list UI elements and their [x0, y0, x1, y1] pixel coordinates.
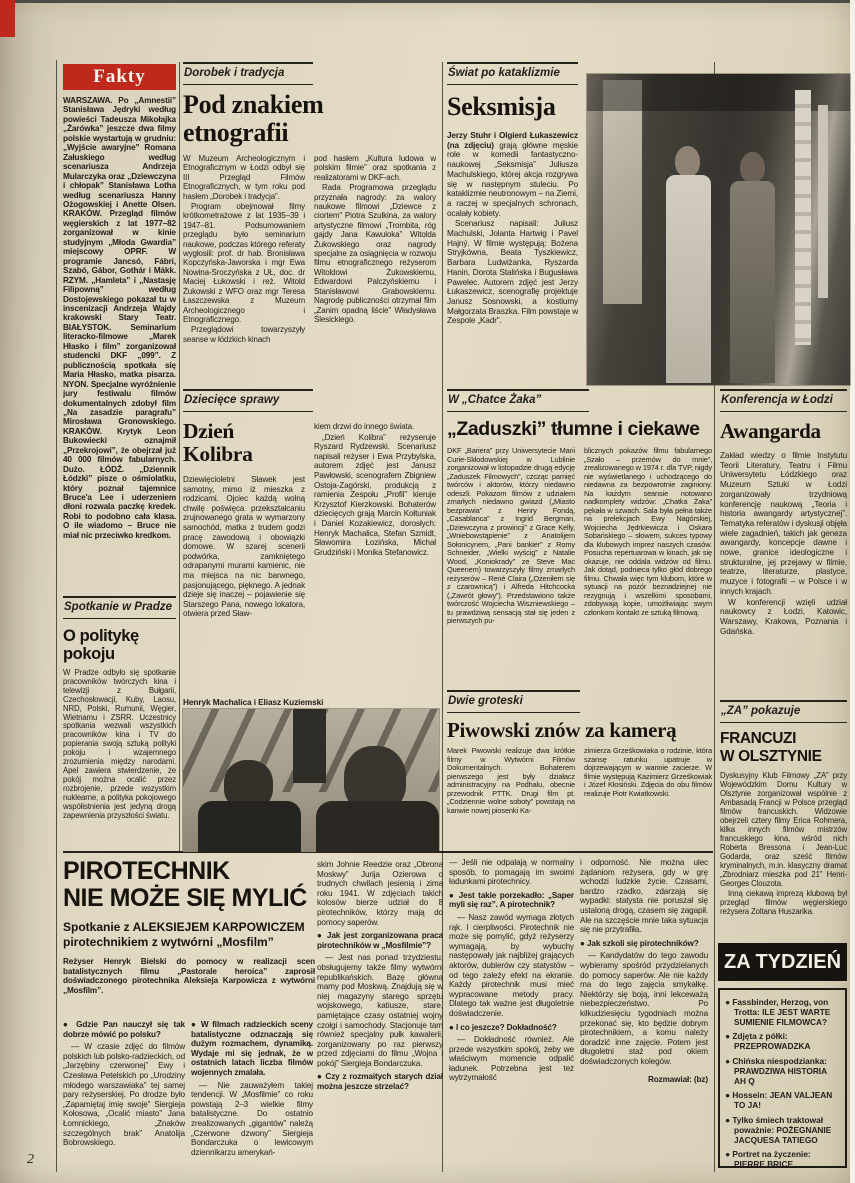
- article-columns: W Muzeum Archeologicznym i Etnograficzny…: [183, 154, 436, 387]
- page-corner-mark: [0, 0, 15, 37]
- photo-machalica-kuziemski: [183, 709, 439, 852]
- article-title: „Zaduszki” tłumne i ciekawe: [447, 419, 713, 440]
- article-title: Piwowski znów za kamerą: [447, 719, 713, 741]
- article-kicker: Konferencja w Łodzi: [720, 389, 847, 412]
- scan-right-edge: [850, 0, 855, 1183]
- interview-column-1: ● Gdzie Pan nauczył się tak dobrze mówić…: [63, 1016, 185, 1178]
- article-body: W Muzeum Archeologicznym i Etnograficzny…: [183, 154, 305, 387]
- scan-top-edge: [0, 0, 855, 3]
- article-kicker: Dziecięce sprawy: [183, 389, 313, 412]
- article-title: PIROTECHNIK NIE MOŻE SIĘ MYLIĆ: [63, 858, 315, 912]
- interview-column-2: ● W filmach radzieckich sceny batalistyc…: [191, 1016, 313, 1178]
- article-left-column: Dzień Kolibra Dziewięcioletni Sławek jes…: [183, 418, 305, 710]
- article-body: DKF „Bariera” przy Uniwersytecie Marii C…: [447, 447, 575, 685]
- photo-figure-head: [740, 152, 765, 183]
- za-tydzien-title: ZA TYDZIEŃ: [724, 951, 841, 974]
- fakty-title: Fakty: [93, 66, 146, 88]
- article-intro: Reżyser Henryk Bielski do pomocy w reali…: [63, 957, 315, 995]
- fakty-header: Fakty: [63, 64, 176, 90]
- photo-figure-right: [316, 801, 439, 852]
- article-title: Awangarda: [720, 420, 847, 443]
- photo-figure-left: [198, 801, 300, 852]
- article-francuzi: „ZA” pokazuje FRANCUZI W OLSZTYNIE Dysku…: [720, 700, 847, 929]
- interview-column-4: — Jeśli nie odpalają w normalny sposób, …: [449, 858, 574, 1178]
- article-title: FRANCUZI W OLSZTYNIE: [720, 730, 847, 765]
- photo-caption: Henryk Machalica i Eliasz Kuziemski: [183, 697, 436, 707]
- article-pirotechnik-header: PIROTECHNIK NIE MOŻE SIĘ MYLIĆ Spotkanie…: [63, 858, 315, 995]
- article-columns: Dzień Kolibra Dziewięcioletni Sławek jes…: [183, 418, 436, 710]
- photo-figure-right: [730, 181, 775, 383]
- article-kolibra: Dziecięce sprawy Dzień Kolibra Dziewięci…: [183, 389, 436, 710]
- column-rule: [56, 60, 57, 1172]
- article-body: zimierza Grześkowiaka o rodzinie, która …: [584, 747, 712, 851]
- article-kicker: Dwie groteski: [447, 690, 580, 713]
- interview-column-5: i odporność. Nie można ulec żądaniom reż…: [580, 858, 708, 1178]
- interview-column-3: skim Johnie Reedzie oraz „Obrona Moskwy”…: [317, 860, 443, 1178]
- article-kicker: Świat po kataklizmie: [447, 62, 578, 85]
- article-body: Jerzy Stuhr i Olgierd Łukaszewicz (na zd…: [447, 131, 578, 353]
- article-title: O politykę pokoju: [63, 627, 176, 663]
- article-subtitle: Spotkanie z ALEKSIEJEM KARPOWICZEM pirot…: [63, 920, 315, 949]
- article-body: Dyskusyjny Klub Filmowy „ZA” przy Wojewó…: [720, 771, 847, 929]
- column-rule: [179, 62, 180, 851]
- photo-seksmisja: [587, 74, 850, 385]
- article-columns: DKF „Bariera” przy Uniwersytecie Marii C…: [447, 447, 713, 685]
- article-title: Dzień Kolibra: [183, 420, 305, 466]
- article-body: Zakład wiedzy o filmie Instytutu Teorii …: [720, 451, 847, 689]
- article-kicker: Dorobek i tradycja: [183, 62, 313, 85]
- photo-doorway: [603, 80, 642, 304]
- article-piwowski: Dwie groteski Piwowski znów za kamerą Ma…: [447, 690, 713, 851]
- article-kicker: Spotkanie w Pradze: [63, 596, 176, 619]
- photo-figure-head: [675, 146, 700, 177]
- fakty-body: WARSZAWA. Po „Amnestii” Stanisława Jędry…: [63, 96, 176, 592]
- article-awangarda: Konferencja w Łodzi Awangarda Zakład wie…: [720, 389, 847, 689]
- article-columns: Marek Piwowski realizuje dwa krótkie fil…: [447, 747, 713, 851]
- article-kicker: W „Chatce Żaka”: [447, 389, 589, 412]
- article-pokoj: Spotkanie w Pradze O politykę pokoju W P…: [63, 596, 176, 859]
- za-tydzien-list: ● Fassbinder, Herzog, von Trotta: ILE JE…: [718, 988, 847, 1168]
- article-body: kiem drzwi do innego świata.„Dzień Kolib…: [314, 418, 436, 692]
- article-zaduszki: W „Chatce Żaka” „Zaduszki” tłumne i ciek…: [447, 389, 713, 685]
- article-body: pod hasłem „Kultura ludowa w polskim fil…: [314, 154, 436, 387]
- photo-door: [293, 709, 326, 783]
- article-body: W Pradze odbyło się spotkanie pracownikó…: [63, 669, 176, 859]
- photo-shadow: [587, 74, 850, 111]
- za-tydzien-header: ZA TYDZIEŃ: [718, 943, 847, 981]
- photo-banner: [795, 90, 811, 345]
- article-seksmisja: Świat po kataklizmie Seksmisja Jerzy Stu…: [447, 62, 578, 353]
- article-body: blicznych pokazów filmu fabularnego „Sza…: [584, 447, 712, 685]
- newspaper-page: Fakty WARSZAWA. Po „Amnestii” Stanisława…: [0, 0, 855, 1183]
- article-body: Dziewięcioletni Sławek jest samotny, mim…: [183, 475, 305, 710]
- photo-figure-left: [666, 175, 711, 383]
- photo-banner: [818, 105, 827, 298]
- page-number: 2: [27, 1152, 34, 1168]
- article-title: Seksmisja: [447, 93, 578, 121]
- article-body: Marek Piwowski realizuje dwa krótkie fil…: [447, 747, 575, 851]
- article-etnografia: Dorobek i tradycja Pod znakiem etnografi…: [183, 62, 436, 387]
- article-kicker: „ZA” pokazuje: [720, 700, 847, 723]
- article-title: Pod znakiem etnografii: [183, 91, 423, 146]
